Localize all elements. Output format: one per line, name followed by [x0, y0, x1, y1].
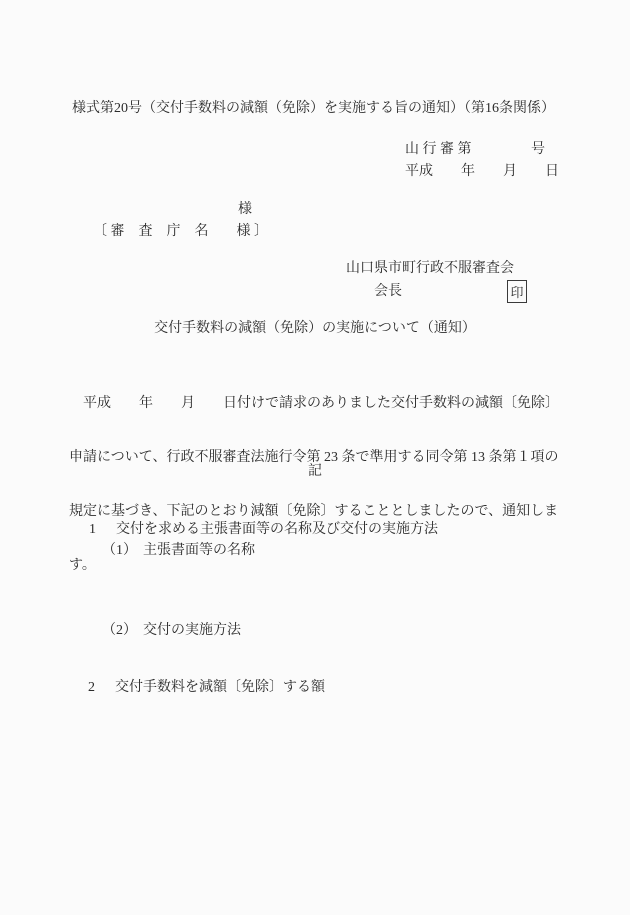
- addressee-placeholder: 〔 審 査 庁 名 様 〕: [93, 224, 268, 240]
- section-1-sub-2: （2）交付の実施方法: [88, 607, 241, 655]
- sender-role: 会長: [374, 284, 402, 300]
- section-2-number: 2: [88, 680, 115, 696]
- section-1-sub-1: （1）主張書面等の名称: [88, 527, 255, 575]
- seal-label: 印: [510, 285, 523, 300]
- document-page: 様式第20号（交付手数料の減額（免除）を実施する旨の通知）（第16条関係） 山 …: [0, 0, 630, 915]
- date-line: 平成 年 月 日: [405, 164, 559, 180]
- section-1-sub-2-text: 交付の実施方法: [143, 623, 241, 638]
- section-2-text: 交付手数料を減額〔免除〕する額: [115, 680, 325, 695]
- form-caption: 様式第20号（交付手数料の減額（免除）を実施する旨の通知）（第16条関係）: [72, 101, 555, 117]
- reference-number-line: 山 行 審 第 号: [405, 142, 545, 158]
- ki-marker: 記: [0, 464, 630, 480]
- section-1-sub-1-number: （1）: [102, 543, 137, 558]
- addressee-sama-label: 様: [238, 202, 252, 218]
- document-subject: 交付手数料の減額（免除）の実施について（通知）: [0, 321, 630, 337]
- seal-box: 印: [507, 280, 527, 303]
- sender-organization: 山口県市町行政不服審査会: [346, 261, 514, 277]
- body-line: 平成 年 月 日付けで請求のありました交付手数料の減額〔免除〕: [69, 393, 563, 415]
- section-2: 2交付手数料を減額〔免除〕する額: [74, 664, 325, 712]
- section-1-sub-2-number: （2）: [102, 623, 137, 638]
- section-1-sub-1-text: 主張書面等の名称: [143, 543, 255, 558]
